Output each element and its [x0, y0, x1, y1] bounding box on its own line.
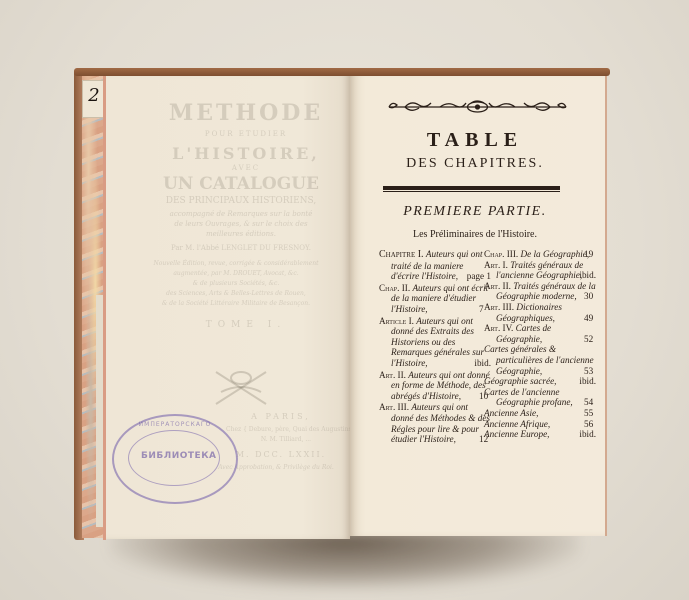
showthrough-catalogue-sub: DES PRINCIPAUX HISTORIENS,	[136, 196, 346, 206]
page-subtitle: DES CHAPITRES.	[350, 156, 600, 172]
showthrough-vignette-icon	[206, 364, 276, 409]
showthrough-edition-line: & de plusieurs Sociétés, &c.	[126, 280, 346, 287]
part-heading: PREMIERE PARTIE.	[350, 204, 600, 220]
cover-top-edge	[74, 68, 610, 76]
showthrough-subject: L'HISTOIRE,	[146, 144, 346, 163]
showthrough-edition-line: Nouvelle Édition, revue, corrigée & cons…	[126, 260, 346, 267]
showthrough-edition-line: & de la Société Littéraire Militaire de …	[126, 300, 346, 307]
section-heading: Les Préliminaires de l'Histoire.	[350, 229, 600, 240]
showthrough-line: de leurs Ouvrages, & sur le choix des	[136, 220, 346, 228]
toc-entry: Art. III. Dictionaires Géographiques, 49	[484, 302, 596, 323]
toc-entry: Ancienne Europe, ibid.	[484, 429, 596, 440]
showthrough-tome: TOME I.	[146, 320, 346, 330]
toc-entry: Chap. II. Auteurs qui ont écrit de la ma…	[379, 283, 491, 315]
toc-entry: Art. II. Auteurs qui ont donné en forme …	[379, 370, 491, 402]
toc-entry: Chapitre I. Auteurs qui ont traité de la…	[379, 249, 491, 282]
toc-entry: Chap. III. De la Géographie, 19	[484, 249, 596, 260]
showthrough-avec: AVEC	[146, 164, 346, 172]
toc-entry: Art. II. Traités généraux de la Géograph…	[484, 281, 596, 302]
toc-entry: Art. IV. Cartes de Géographie, 52	[484, 323, 596, 344]
library-stamp: ИМПЕРАТОРСКАГО БИБЛИОТЕКА	[112, 414, 238, 504]
showthrough-imprint-line: Chez { Debure, père, Quai des Augustins.	[226, 426, 346, 433]
toc-entry: Cartes de l'ancienne Géographie profane,…	[484, 387, 596, 408]
stamp-ring-text: ИМПЕРАТОРСКАГО	[114, 421, 236, 428]
showthrough-imprint-city: A PARIS,	[216, 412, 346, 421]
showthrough-imprint-line: N. M. Tilliard, ...	[226, 436, 346, 443]
toc-right-column: Chap. III. De la Géographie, 19 Art. I. …	[484, 249, 596, 440]
showthrough-edition-line: augmentée, par M. DROUET, Avocat, &c.	[126, 270, 346, 277]
showthrough-line: accompagné de Remarques sur la bonté	[136, 210, 346, 218]
open-book: 2 METHODE POUR ETUDIER L'HISTOIRE, AVEC …	[0, 0, 689, 600]
page-title: TABLE	[350, 129, 600, 152]
showthrough-title: METHODE	[146, 100, 346, 126]
toc-entry: Ancienne Afrique, 56	[484, 419, 596, 430]
showthrough-pour-etudier: POUR ETUDIER	[146, 130, 346, 138]
thin-rule	[383, 191, 560, 192]
showthrough-author: Par M. l'Abbé LENGLET DU FRESNOY.	[136, 244, 346, 252]
headpiece-ornament-icon	[385, 100, 570, 114]
toc-entry: Cartes générales & particulières de l'an…	[484, 344, 596, 376]
stamp-center-text: БИБЛИОТЕКА	[141, 451, 213, 461]
toc-entry: Article I. Auteurs qui ont donné des Ext…	[379, 316, 491, 369]
toc-entry: Ancienne Asie, 55	[484, 408, 596, 419]
showthrough-catalogue: UN CATALOGUE	[136, 174, 346, 194]
thick-rule	[383, 186, 560, 190]
toc-entry: Art. I. Traités généraux de l'ancienne G…	[484, 260, 596, 281]
toc-left-column: Chapitre I. Auteurs qui ont traité de la…	[379, 249, 491, 445]
toc-entry: Art. III. Auteurs qui ont donné des Méth…	[379, 402, 491, 444]
stamp-inner-oval: БИБЛИОТЕКА	[128, 430, 220, 486]
showthrough-line: meilleures éditions.	[136, 230, 346, 238]
toc-entry: Géographie sacrée, ibid.	[484, 376, 596, 387]
showthrough-edition-line: des Sciences, Arts & Belles-Lettres de R…	[126, 290, 346, 297]
